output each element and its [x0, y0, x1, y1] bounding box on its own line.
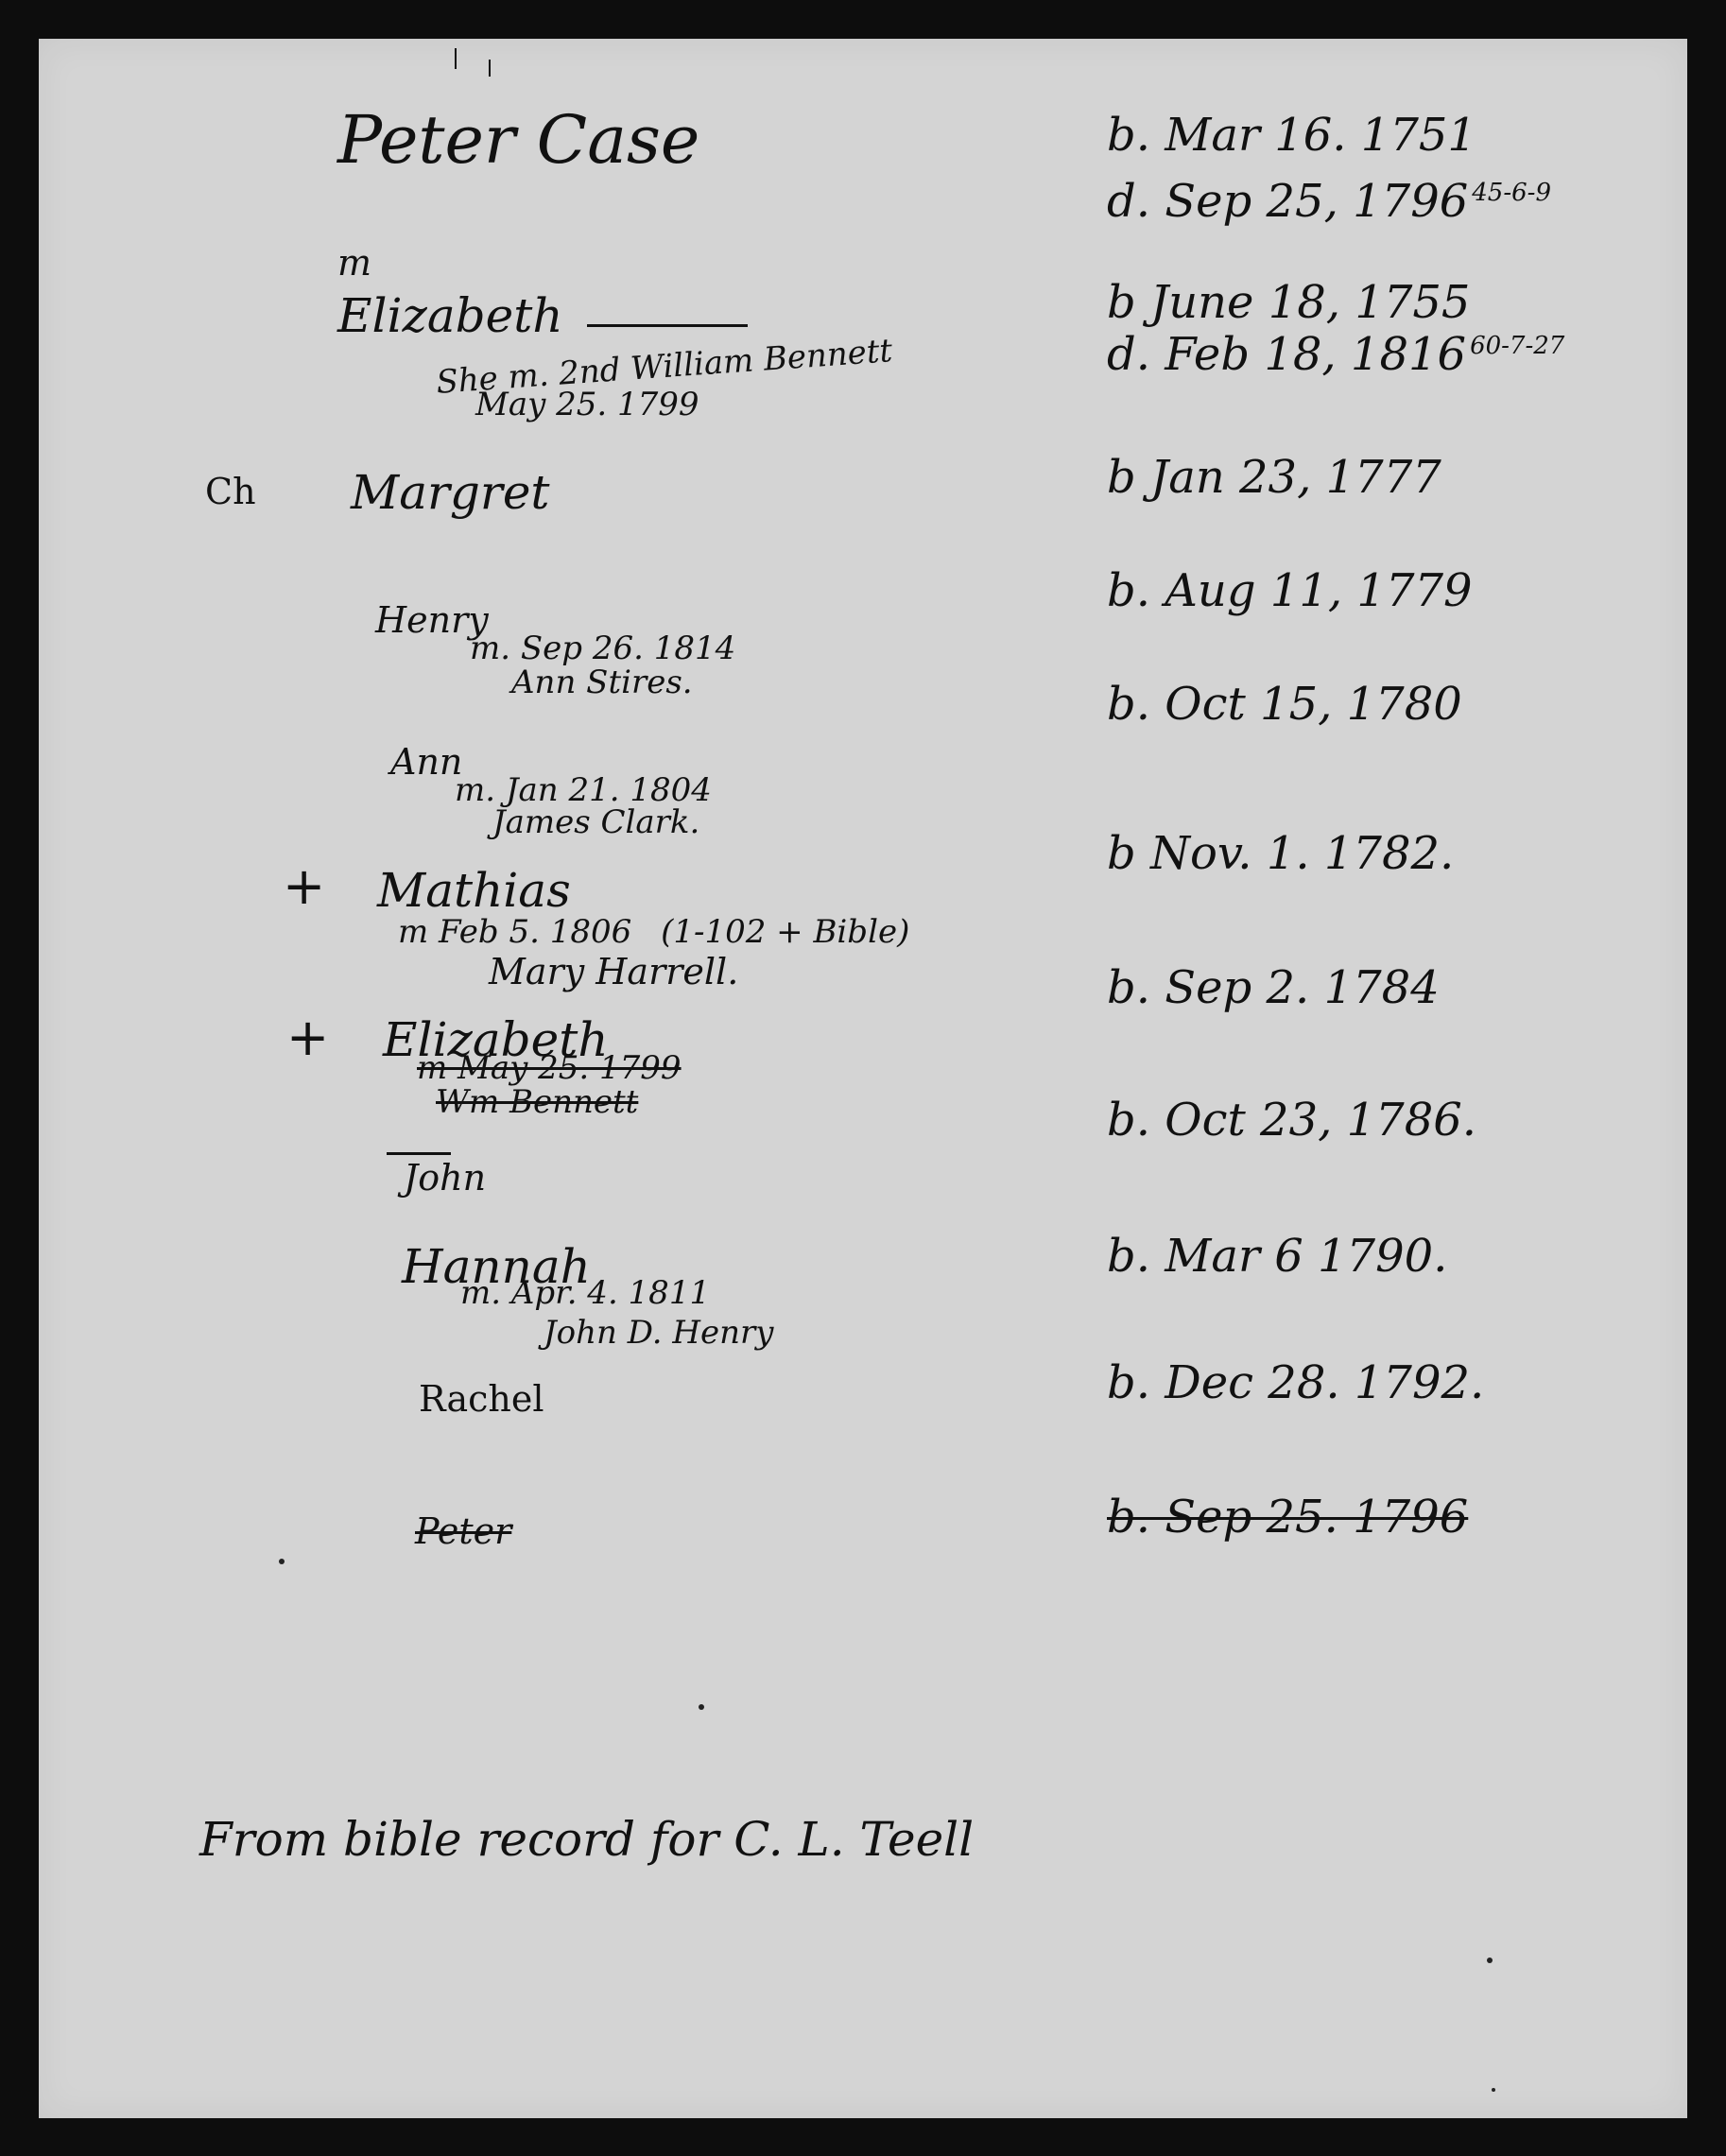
- child-spouse: James Clark.: [492, 806, 699, 838]
- child-birth-date: b. Oct 23, 1786.: [1107, 1097, 1476, 1143]
- child-name: Rachel: [419, 1381, 544, 1417]
- child-name: John: [404, 1160, 486, 1196]
- child-name: Margret: [351, 469, 550, 516]
- head-death-text: d. Sep 25, 1796: [1107, 175, 1468, 228]
- child-birth-date: b Nov. 1. 1782.: [1107, 831, 1454, 876]
- child-birth-date: b Jan 23, 1777: [1107, 455, 1441, 500]
- spouse-surname-blank: [587, 324, 748, 327]
- paper-speck: [279, 1559, 285, 1564]
- child-marriage-text: m Feb 5. 1806: [398, 913, 631, 951]
- child-spouse: Ann Stires.: [511, 666, 693, 699]
- child-marriage-source: (1-102 + Bible): [661, 913, 909, 951]
- source-note: From bible record for C. L. Teell: [199, 1816, 974, 1863]
- paper-speck: [699, 1704, 704, 1710]
- child-birth-date-struck: b. Sep 25. 1796: [1107, 1494, 1468, 1540]
- spouse-age-at-death: 60-7-27: [1470, 332, 1564, 360]
- spouse-remarriage-date: May 25. 1799: [475, 388, 699, 421]
- document-page: Peter Case b. Mar 16. 1751 d. Sep 25, 17…: [39, 39, 1687, 2118]
- plus-marker: +: [283, 861, 325, 912]
- child-name-struck: Peter: [415, 1513, 511, 1549]
- child-birth-date: b. Sep 2. 1784: [1107, 965, 1440, 1010]
- john-overline: [387, 1152, 451, 1155]
- child-spouse: John D. Henry: [544, 1317, 774, 1349]
- paper-speck: [1492, 2088, 1495, 2092]
- child-marriage: m. Apr. 4. 1811: [460, 1277, 710, 1309]
- child-spouse: Mary Harrell.: [489, 954, 738, 990]
- child-birth-date: b. Oct 15, 1780: [1107, 681, 1462, 727]
- child-birth-date: b. Mar 6 1790.: [1107, 1233, 1447, 1279]
- child-birth-date: b. Dec 28. 1792.: [1107, 1360, 1484, 1406]
- child-name: Mathias: [377, 867, 571, 914]
- marriage-marker: m: [337, 245, 371, 281]
- spouse-name: Elizabeth: [337, 292, 563, 339]
- spouse-birth-date: b June 18, 1755: [1107, 280, 1470, 325]
- child-struck-spouse: Wm Bennett: [436, 1086, 638, 1118]
- child-marriage: m. Jan 21. 1804: [455, 774, 712, 806]
- head-birth-date: b. Mar 16. 1751: [1107, 112, 1476, 158]
- head-of-family-name: Peter Case: [337, 107, 699, 173]
- spouse-death-text: d. Feb 18, 1816: [1107, 328, 1466, 381]
- paper-speck: [1487, 1958, 1493, 1963]
- child-marriage: m. Sep 26. 1814: [470, 632, 735, 664]
- child-name: Ann: [390, 744, 462, 780]
- plus-marker: +: [286, 1012, 329, 1063]
- child-marriage: m Feb 5. 1806 (1-102 + Bible): [398, 916, 909, 948]
- children-label: Ch: [205, 474, 256, 509]
- stray-mark: [489, 60, 491, 77]
- child-struck-marriage: m May 25. 1799: [417, 1052, 682, 1084]
- child-birth-date: b. Aug 11, 1779: [1107, 568, 1473, 613]
- head-age-at-death: 45-6-9: [1472, 179, 1551, 207]
- head-death-date: d. Sep 25, 179645-6-9: [1107, 179, 1551, 224]
- spouse-death-date: d. Feb 18, 181660-7-27: [1107, 332, 1564, 377]
- stray-mark: [455, 48, 457, 69]
